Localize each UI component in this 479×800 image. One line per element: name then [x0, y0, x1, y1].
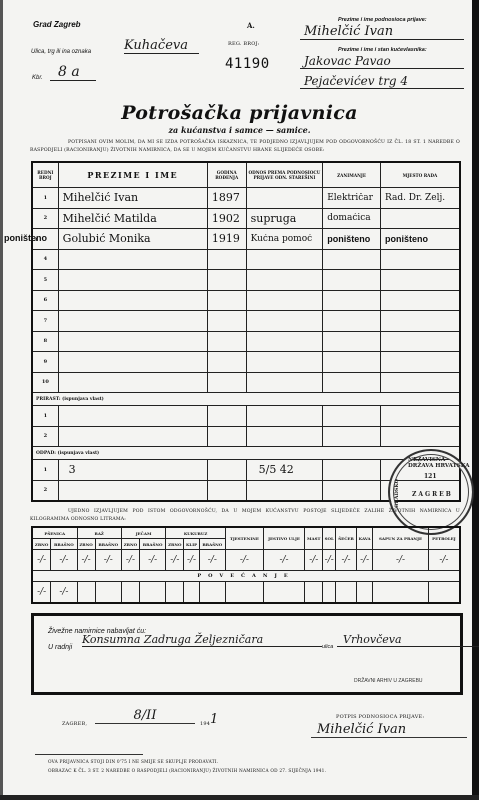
birth-year[interactable]: 1919 — [208, 232, 246, 245]
relation[interactable]: 5/5 42 — [247, 463, 323, 476]
birth-year[interactable] — [207, 249, 246, 270]
sub-header: KLIP — [184, 539, 199, 550]
row-no: 8 — [32, 331, 58, 352]
document-title: Potrošačka prijavnica — [0, 102, 479, 124]
increase-value[interactable] — [140, 582, 166, 604]
increase-value[interactable] — [225, 582, 263, 604]
owner-address-field[interactable]: Pejačevićev trg 4 — [300, 74, 464, 89]
person-name[interactable]: 3 — [59, 463, 207, 476]
sub-header: ZRNO — [121, 539, 139, 550]
supply-box: Živežne namirnice nabavljat ću: U radnji… — [31, 613, 463, 695]
increase-section-row: POVEĆANJE — [32, 571, 460, 582]
supply-value[interactable]: -/- — [95, 550, 121, 571]
increase-value[interactable] — [184, 582, 199, 604]
relation[interactable] — [246, 372, 323, 393]
row-no: 1 — [32, 460, 58, 481]
row-no: 1 — [32, 406, 58, 427]
workplace[interactable] — [380, 311, 460, 332]
supply-value[interactable]: -/- — [51, 550, 77, 571]
workplace[interactable] — [380, 372, 460, 393]
workplace[interactable] — [380, 270, 460, 291]
col-header-sapun: SAPUN ZA PRANJE — [373, 527, 428, 550]
table-row: 6 — [32, 290, 460, 311]
col-header-petrolej: PETROLEJ — [428, 527, 460, 550]
odpad-label: ODPAD: (ispunjava vlast) — [32, 447, 460, 460]
person-name[interactable]: Mihelčić Ivan — [59, 191, 207, 204]
increase-value[interactable] — [166, 582, 184, 604]
row-no: 10 — [32, 372, 58, 393]
increase-value[interactable] — [121, 582, 139, 604]
col-header-sol: SOL — [323, 527, 336, 550]
supply-value[interactable]: -/- — [305, 550, 323, 571]
house-no-label: Kbr. — [32, 75, 43, 81]
supply-value[interactable]: -/- — [77, 550, 95, 571]
person-name[interactable] — [58, 480, 207, 501]
increase-values-row: -/- -/- — [32, 582, 460, 604]
occupation[interactable] — [323, 249, 381, 270]
workplace[interactable] — [380, 331, 460, 352]
person-name[interactable] — [58, 249, 207, 270]
date-field[interactable]: 8/II — [95, 708, 195, 724]
city-label: Grad Zagreb — [33, 20, 81, 29]
table-row: 5 — [32, 270, 460, 291]
table-row: 4 — [32, 249, 460, 270]
person-name[interactable] — [58, 426, 207, 447]
supply-value[interactable]: -/- — [225, 550, 263, 571]
increase-value[interactable] — [263, 582, 304, 604]
increase-value[interactable] — [323, 582, 336, 604]
declaration-supplies: UJEDNO IZJAVLJUJEM POD ISTOM ODGOVORNOŠĆ… — [30, 508, 460, 524]
birth-year[interactable] — [207, 331, 246, 352]
workplace[interactable] — [380, 249, 460, 270]
workplace-cancelled: poništeno — [381, 234, 459, 244]
birth-year[interactable] — [207, 406, 246, 427]
sub-header: BRAŠNO — [199, 539, 225, 550]
increase-value[interactable] — [356, 582, 372, 604]
birth-year[interactable] — [207, 311, 246, 332]
col-header-name: PREZIME I IME — [58, 162, 207, 188]
prirast-label: PRIRAST: (ispunjava vlast) — [32, 393, 460, 406]
supplies-table: PŠENICA RAŽ JEČAM KUKURUZ TJESTENINE JES… — [31, 526, 461, 604]
occupation[interactable] — [323, 270, 381, 291]
increase-value[interactable] — [336, 582, 357, 604]
supplies-group-header-row: PŠENICA RAŽ JEČAM KUKURUZ TJESTENINE JES… — [32, 527, 460, 539]
increase-label: POVEĆANJE — [32, 571, 460, 582]
occupation[interactable]: Električar — [323, 193, 380, 203]
person-name[interactable] — [58, 352, 207, 373]
increase-value[interactable] — [428, 582, 460, 604]
signature-label: POTPIS PODNOSIOCA PRIJAVE: — [336, 714, 424, 720]
table-row: 10 — [32, 372, 460, 393]
person-name[interactable] — [58, 331, 207, 352]
workplace[interactable] — [380, 406, 460, 427]
sub-header: BRAŠNO — [140, 539, 166, 550]
birth-year[interactable] — [207, 460, 246, 481]
row-no: 9 — [32, 352, 58, 373]
street-label: Ulica, trg ili ina oznaka — [31, 49, 91, 55]
group-header-psenica: PŠENICA — [32, 527, 77, 539]
regulation-note: OBRAZAC K ČL. 3 ST. 2 NAREDBE O RASPODJE… — [48, 769, 326, 774]
person-name[interactable]: Golubić Monika — [59, 232, 207, 245]
supply-value[interactable]: -/- — [199, 550, 225, 571]
col-header-kava: KAVA — [356, 527, 372, 550]
birth-year[interactable] — [207, 270, 246, 291]
occupation[interactable] — [323, 460, 381, 481]
birth-year[interactable] — [207, 290, 246, 311]
relation[interactable] — [246, 426, 323, 447]
applicant-label: Prezime i ime podnosioca prijave: — [338, 17, 427, 23]
odpad-section-row: ODPAD: (ispunjava vlast) — [32, 447, 460, 460]
supply-value[interactable]: -/- — [184, 550, 199, 571]
workplace[interactable] — [380, 426, 460, 447]
increase-value[interactable] — [373, 582, 428, 604]
table-row: 2 — [32, 426, 460, 447]
reg-number: 41190 — [225, 56, 270, 72]
person-name[interactable] — [58, 311, 207, 332]
birth-year[interactable] — [207, 352, 246, 373]
shop-label: U radnji — [48, 644, 72, 651]
row-no: 6 — [32, 290, 58, 311]
page-edge-bottom — [0, 795, 479, 800]
col-header-workplace: MJESTO RADA — [380, 162, 460, 188]
row-no-3: 3 — [34, 237, 37, 243]
relation[interactable] — [246, 352, 323, 373]
increase-value[interactable]: -/- — [32, 582, 51, 604]
col-header-tjestenine: TJESTENINE — [225, 527, 263, 550]
occupation[interactable] — [323, 372, 381, 393]
increase-value[interactable] — [77, 582, 95, 604]
price-note: OVA PRIJAVNICA STOJI DIN 0'75 I NE SMIJE… — [48, 760, 218, 765]
birth-year[interactable] — [207, 480, 246, 501]
workplace[interactable] — [380, 352, 460, 373]
occupation-cancelled: poništeno — [323, 234, 380, 244]
row-no: 7 — [32, 311, 58, 332]
table-row: Golubić Monika 1919 Kućna pomoć poništen… — [32, 229, 460, 250]
occupation[interactable] — [323, 290, 381, 311]
workplace[interactable]: Rad. Dr. Želj. — [381, 193, 459, 203]
archive-stamp: DRŽAVNI ARHIV U ZAGREBU — [354, 678, 423, 684]
stamp-number: 121 — [424, 473, 437, 480]
supply-value[interactable]: -/- — [263, 550, 304, 571]
birth-year[interactable]: 1902 — [208, 212, 246, 225]
sub-header: BRAŠNO — [95, 539, 121, 550]
applicant-field[interactable]: Mihelčić Ivan — [300, 24, 464, 40]
supply-value[interactable]: -/- — [166, 550, 184, 571]
occupation[interactable] — [323, 311, 381, 332]
col-header-year: GODINA ROĐENJA — [207, 162, 246, 188]
occupation[interactable] — [323, 331, 381, 352]
reg-label: REG. BROJ: — [228, 41, 259, 47]
col-header-mast: MAST — [305, 527, 323, 550]
declaration-persons: POTPISANI OVIM MOLIM, DA MI SE IZDA POTR… — [30, 139, 460, 155]
relation[interactable]: supruga — [247, 212, 323, 225]
shop-field[interactable]: Konsumna Zadruga Željezničara — [82, 633, 322, 647]
row-no: 5 — [32, 270, 58, 291]
persons-table: REDNI BROJ PREZIME I IME GODINA ROĐENJA … — [31, 161, 461, 502]
occupation[interactable]: domaćica — [323, 213, 380, 223]
birth-year[interactable]: 1897 — [208, 191, 246, 204]
relation[interactable] — [246, 249, 323, 270]
table-row: 9 — [32, 352, 460, 373]
sub-header: ZRNO — [32, 539, 51, 550]
person-name[interactable]: Mihelčić Matilda — [59, 212, 207, 225]
sub-header: ZRNO — [166, 539, 184, 550]
row-no: 2 — [32, 208, 58, 229]
relation[interactable]: Kućna pomoć — [247, 234, 323, 244]
occupation[interactable] — [323, 406, 381, 427]
occupation[interactable] — [323, 352, 381, 373]
increase-value[interactable] — [199, 582, 225, 604]
stamp-text-center: ZAGREB — [412, 491, 453, 498]
supply-value[interactable]: -/- — [140, 550, 166, 571]
row-no: 2 — [32, 480, 58, 501]
supply-value[interactable]: -/- — [428, 550, 460, 571]
shop-street-label: ulica — [322, 644, 333, 650]
supply-value[interactable]: -/- — [323, 550, 336, 571]
person-name[interactable] — [58, 290, 207, 311]
cancelled-margin-note: poništeno — [4, 233, 47, 243]
street-field[interactable]: Kuhačeva — [124, 38, 199, 54]
increase-value[interactable] — [95, 582, 121, 604]
supply-value[interactable]: -/- — [336, 550, 357, 571]
stamp-text-left: GRADSKO — [394, 479, 400, 508]
row-no: 1 — [32, 188, 58, 209]
place-label: ZAGREB, — [62, 721, 87, 727]
supply-value[interactable]: -/- — [121, 550, 139, 571]
relation[interactable] — [246, 406, 323, 427]
relation[interactable] — [246, 311, 323, 332]
shop-street-field[interactable]: Vrhovčeva — [337, 633, 479, 647]
row-no: 2 — [32, 426, 58, 447]
birth-year[interactable] — [207, 372, 246, 393]
prirast-section-row: PRIRAST: (ispunjava vlast) — [32, 393, 460, 406]
stamp-text-top: NEZAVISNA DRŽAVA HRVATSKA — [408, 457, 472, 469]
persons-header-row: REDNI BROJ PREZIME I IME GODINA ROĐENJA … — [32, 162, 460, 188]
person-name[interactable] — [58, 372, 207, 393]
document-subtitle: za kućanstva i samce — samice. — [0, 125, 479, 135]
table-row: 2 Mihelčić Matilda 1902 supruga domaćica — [32, 208, 460, 229]
house-no-field[interactable]: 8 a — [50, 64, 96, 81]
supply-value[interactable]: -/- — [373, 550, 428, 571]
relation[interactable] — [246, 480, 323, 501]
workplace[interactable] — [380, 290, 460, 311]
group-header-kukuruz: KUKURUZ — [166, 527, 226, 539]
occupation[interactable] — [323, 480, 381, 501]
col-header-relation: ODNOS PREMA PODNOSIOCU PRIJAVE ODN. STAR… — [246, 162, 323, 188]
sub-header: BRAŠNO — [51, 539, 77, 550]
form-letter: A. — [247, 21, 255, 30]
supply-value[interactable]: -/- — [32, 550, 51, 571]
year-prefix: 194 — [200, 721, 210, 727]
table-row: 8 — [32, 331, 460, 352]
person-name[interactable] — [58, 406, 207, 427]
footer-divider — [35, 754, 143, 755]
row-no: 4 — [32, 249, 58, 270]
birth-year[interactable] — [207, 426, 246, 447]
person-name[interactable] — [58, 270, 207, 291]
col-header-secer: ŠEĆER — [336, 527, 357, 550]
occupation[interactable] — [323, 426, 381, 447]
sub-header: ZRNO — [77, 539, 95, 550]
relation[interactable] — [246, 331, 323, 352]
col-header-ulje: JESTIVO ULJE — [263, 527, 304, 550]
group-header-raz: RAŽ — [77, 527, 121, 539]
table-row: 1 — [32, 406, 460, 427]
col-header-no: REDNI BROJ — [32, 162, 58, 188]
supply-value[interactable]: -/- — [356, 550, 372, 571]
owner-label: Prezime i ime i stan kućevlasnika: — [338, 47, 427, 53]
col-header-occupation: ZANIMANJE — [323, 162, 381, 188]
group-header-jecam: JEČAM — [121, 527, 165, 539]
increase-value[interactable] — [305, 582, 323, 604]
year-suffix-field[interactable]: 1 — [210, 712, 218, 727]
table-row: 7 — [32, 311, 460, 332]
signature-field[interactable]: Mihelčić Ivan — [311, 722, 467, 738]
increase-value[interactable]: -/- — [51, 582, 77, 604]
supplies-values-row: -/- -/- -/- -/- -/- -/- -/- -/- -/- -/- … — [32, 550, 460, 571]
table-row: 1 Mihelčić Ivan 1897 Električar Rad. Dr.… — [32, 188, 460, 209]
relation[interactable] — [246, 290, 323, 311]
relation[interactable] — [246, 270, 323, 291]
owner-name-field[interactable]: Jakovac Pavao — [300, 54, 464, 69]
